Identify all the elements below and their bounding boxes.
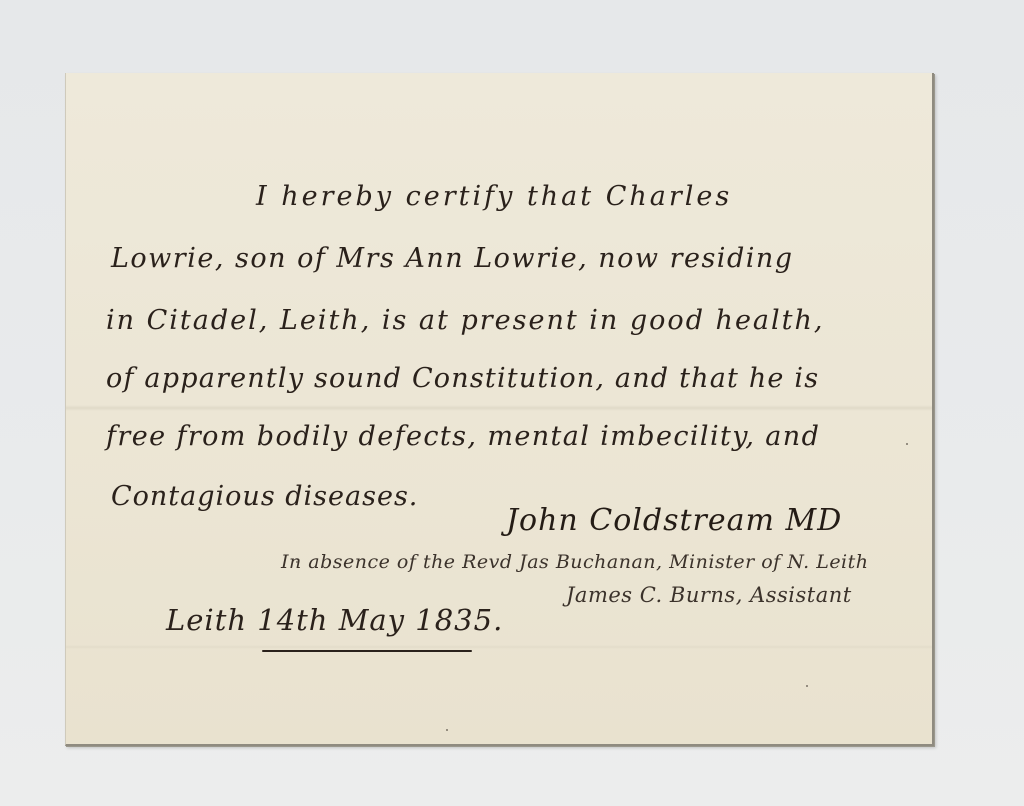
paper-fold-line-lower <box>66 645 932 649</box>
paper-speck <box>806 685 808 687</box>
certificate-paper: I hereby certify that Charles Lowrie, so… <box>65 73 934 746</box>
date-underline <box>262 650 472 652</box>
certificate-line-4: of apparently sound Constitution, and th… <box>106 363 819 394</box>
paper-speck <box>296 561 298 563</box>
certificate-line-3: in Citadel, Leith, is at present in good… <box>106 305 824 336</box>
paper-fold-line <box>66 405 932 411</box>
paper-speck <box>446 729 448 731</box>
certificate-line-1: I hereby certify that Charles <box>256 181 732 212</box>
place-and-date: Leith 14th May 1835. <box>166 603 503 637</box>
assistant-signature: James C. Burns, Assistant <box>566 583 852 607</box>
doctor-signature: John Coldstream MD <box>506 503 842 538</box>
certificate-line-6: Contagious diseases. <box>111 481 418 512</box>
certificate-line-2: Lowrie, son of Mrs Ann Lowrie, now resid… <box>111 243 794 274</box>
certificate-line-5: free from bodily defects, mental imbecil… <box>106 421 820 452</box>
paper-speck <box>906 443 908 445</box>
absence-note: In absence of the Revd Jas Buchanan, Min… <box>281 551 869 573</box>
